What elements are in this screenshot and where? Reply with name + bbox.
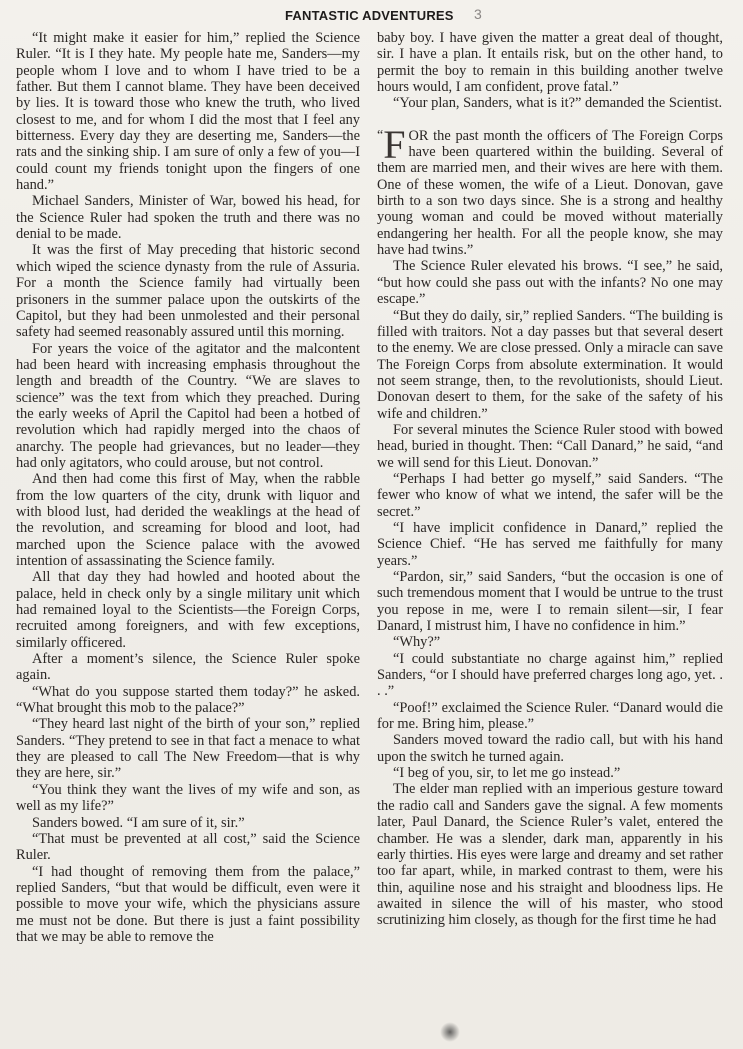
paragraph: “Poof!” exclaimed the Science Ruler. “Da… <box>377 700 723 733</box>
dropcap-text: OR the past month the officers of The Fo… <box>377 128 723 258</box>
paragraph: For years the voice of the agitator and … <box>16 341 360 472</box>
section-break <box>377 112 723 128</box>
dropcap-letter: F <box>383 130 405 160</box>
running-title: FANTASTIC ADVENTURES <box>285 8 454 23</box>
paragraph: “Perhaps I had better go myself,” said S… <box>377 471 723 520</box>
paragraph: “They heard last night of the birth of y… <box>16 716 360 781</box>
paragraph: “I beg of you, sir, to let me go instead… <box>377 765 723 781</box>
paragraph: “I had thought of removing them from the… <box>16 864 360 946</box>
right-column: baby boy. I have given the matter a grea… <box>377 30 723 929</box>
paragraph: “I could substantiate no charge against … <box>377 651 723 700</box>
paragraph: After a moment’s silence, the Science Ru… <box>16 651 360 684</box>
continuation-paragraph: baby boy. I have given the matter a grea… <box>377 30 723 95</box>
magazine-page: FANTASTIC ADVENTURES 3 “It might make it… <box>0 0 743 1049</box>
left-column: “It might make it easier for him,” repli… <box>16 30 360 945</box>
paragraph: Sanders bowed. “I am sure of it, sir.” <box>16 815 360 831</box>
paragraph: The Science Ruler elevated his brows. “I… <box>377 258 723 307</box>
paragraph: “What do you suppose started them today?… <box>16 684 360 717</box>
paragraph: All that day they had howled and hooted … <box>16 569 360 651</box>
page-header: FANTASTIC ADVENTURES 3 <box>0 6 743 24</box>
page-number: 3 <box>474 6 482 22</box>
ink-smudge <box>436 1018 464 1046</box>
paragraph: It was the first of May preceding that h… <box>16 242 360 340</box>
paragraph: “Pardon, sir,” said Sanders, “but the oc… <box>377 569 723 634</box>
paragraph: “Your plan, Sanders, what is it?” demand… <box>377 95 723 111</box>
paragraph: And then had come this first of May, whe… <box>16 471 360 569</box>
paragraph: “You think they want the lives of my wif… <box>16 782 360 815</box>
paragraph: For several minutes the Science Ruler st… <box>377 422 723 471</box>
paragraph: Michael Sanders, Minister of War, bowed … <box>16 193 360 242</box>
paragraph: “I have implicit confidence in Danard,” … <box>377 520 723 569</box>
paragraph: “Why?” <box>377 634 723 650</box>
paragraph: “But they do daily, sir,” replied Sander… <box>377 308 723 422</box>
paragraph: “It might make it easier for him,” repli… <box>16 30 360 193</box>
paragraph: Sanders moved toward the radio call, but… <box>377 732 723 765</box>
dropcap-paragraph: “FOR the past month the officers of The … <box>377 128 723 259</box>
paragraph: The elder man replied with an imperious … <box>377 781 723 928</box>
paragraph: “That must be prevented at all cost,” sa… <box>16 831 360 864</box>
